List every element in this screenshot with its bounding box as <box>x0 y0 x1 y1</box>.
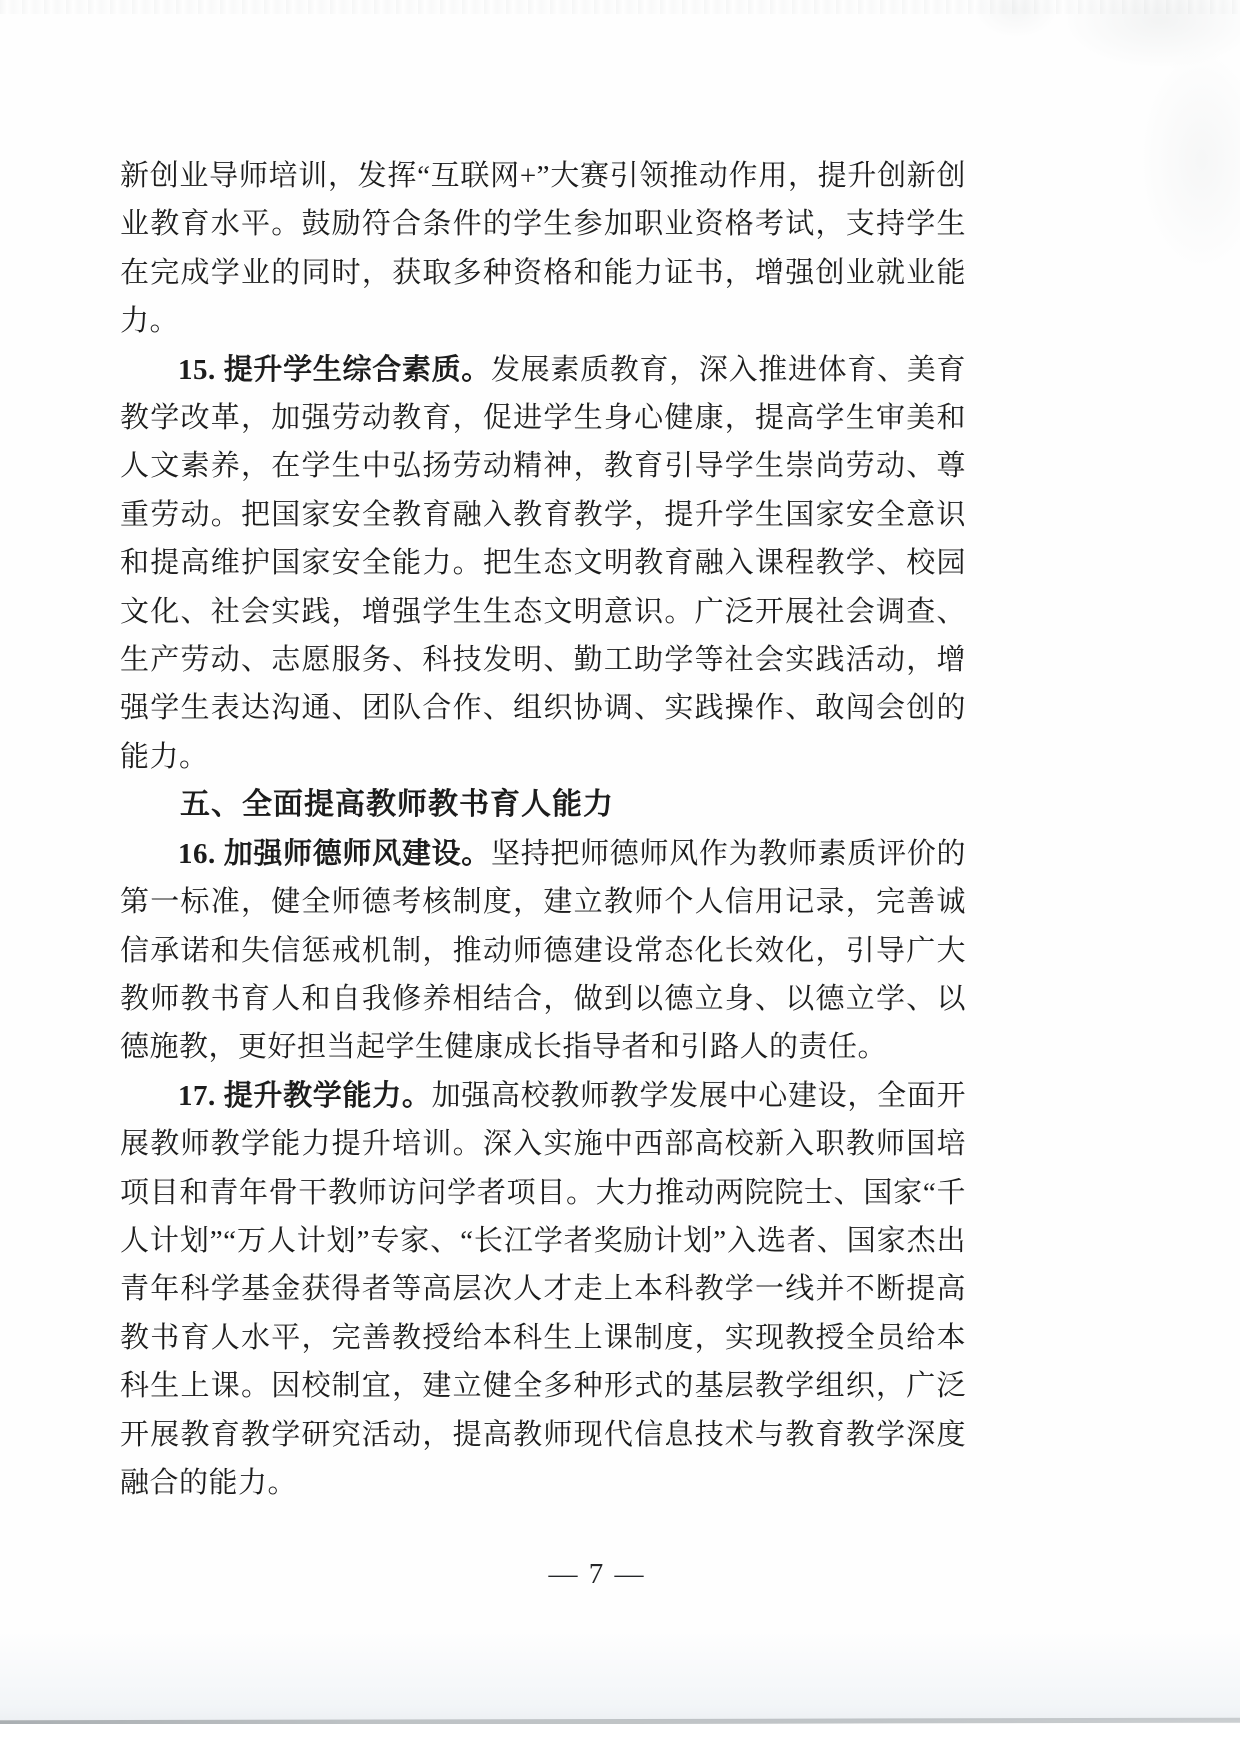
paragraph-15-lead: 15. 提升学生综合素质。 <box>178 354 491 386</box>
section-heading-5: 五、全面提高教师教书育人能力 <box>120 781 966 829</box>
paper-bottom-tint <box>0 1630 1240 1720</box>
paragraph-text: 坚持把师德师风作为教师素质评价的第一标准，健全师德考核制度，建立教师个人信用记录… <box>120 838 966 1064</box>
paragraph-text: 发展素质教育，深入推进体育、美育教学改革，加强劳动教育，促进学生身心健康，提高学… <box>120 354 966 773</box>
document-page: 新创业导师培训，发挥“互联网+”大赛引领推动作用，提升创新创业教育水平。鼓励符合… <box>0 0 1240 1752</box>
paragraph-15: 15. 提升学生综合素质。发展素质教育，深入推进体育、美育教学改革，加强劳动教育… <box>120 346 966 782</box>
page-body: 新创业导师培训，发挥“互联网+”大赛引领推动作用，提升创新创业教育水平。鼓励符合… <box>120 152 966 1507</box>
page-number: — 7 — <box>0 1552 1194 1596</box>
below-page-edge-area <box>0 1724 1240 1752</box>
paragraph-17: 17. 提升教学能力。加强高校教师教学发展中心建设，全面开展教师教学能力提升培训… <box>120 1072 966 1508</box>
paragraph-17-lead: 17. 提升教学能力。 <box>178 1080 432 1112</box>
scan-noise-top-right <box>920 0 1240 300</box>
paragraph-continuation: 新创业导师培训，发挥“互联网+”大赛引领推动作用，提升创新创业教育水平。鼓励符合… <box>120 152 966 346</box>
paragraph-16-lead: 16. 加强师德师风建设。 <box>178 838 491 870</box>
paragraph-16: 16. 加强师德师风建设。坚持把师德师风作为教师素质评价的第一标准，健全师德考核… <box>120 830 966 1072</box>
paragraph-text: 新创业导师培训，发挥“互联网+”大赛引领推动作用，提升创新创业教育水平。鼓励符合… <box>120 160 966 337</box>
paragraph-text: 加强高校教师教学发展中心建设，全面开展教师教学能力提升培训。深入实施中西部高校新… <box>120 1080 966 1499</box>
